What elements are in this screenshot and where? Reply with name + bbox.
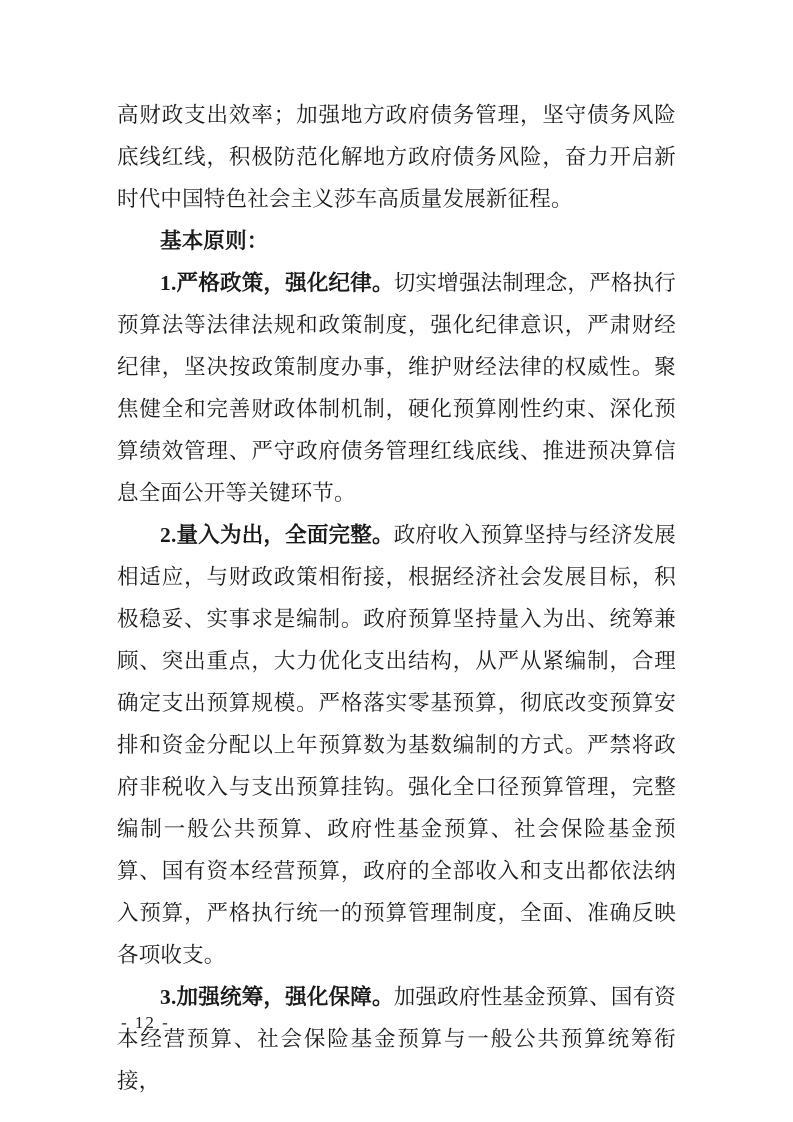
paragraph-lead: 3.加强统筹，强化保障。 xyxy=(160,985,394,1009)
paragraph-principle-2: 2.量入为出，全面完整。政府收入预算坚持与经济发展相适应，与财政政策相衔接，根据… xyxy=(117,514,676,976)
paragraph-lead: 基本原则： xyxy=(160,229,269,253)
paragraph-text: 切实增强法制理念，严格执行预算法等法律法规和政策制度，强化纪律意识，严肃财经纪律… xyxy=(117,271,676,505)
document-body: 高财政支出效率；加强地方政府债务管理，坚守债务风险底线红线，积极防范化解地方政府… xyxy=(117,94,676,1102)
paragraph-basic-principles-heading: 基本原则： xyxy=(117,220,676,262)
paragraph-principle-3: 3.加强统筹，强化保障。加强政府性基金预算、国有资本经营预算、社会保险基金预算与… xyxy=(117,976,676,1102)
page-number: - 12 - xyxy=(121,1012,170,1034)
paragraph-text: 高财政支出效率；加强地方政府债务管理，坚守债务风险底线红线，积极防范化解地方政府… xyxy=(117,103,676,211)
paragraph-lead: 1.严格政策，强化纪律。 xyxy=(160,271,394,295)
paragraph-text: 政府收入预算坚持与经济发展相适应，与财政政策相衔接，根据经济社会发展目标，积极稳… xyxy=(117,523,676,967)
paragraph-continuation: 高财政支出效率；加强地方政府债务管理，坚守债务风险底线红线，积极防范化解地方政府… xyxy=(117,94,676,220)
paragraph-principle-1: 1.严格政策，强化纪律。切实增强法制理念，严格执行预算法等法律法规和政策制度，强… xyxy=(117,262,676,514)
paragraph-lead: 2.量入为出，全面完整。 xyxy=(160,523,394,547)
document-page: 高财政支出效率；加强地方政府债务管理，坚守债务风险底线红线，积极防范化解地方政府… xyxy=(0,0,793,1122)
